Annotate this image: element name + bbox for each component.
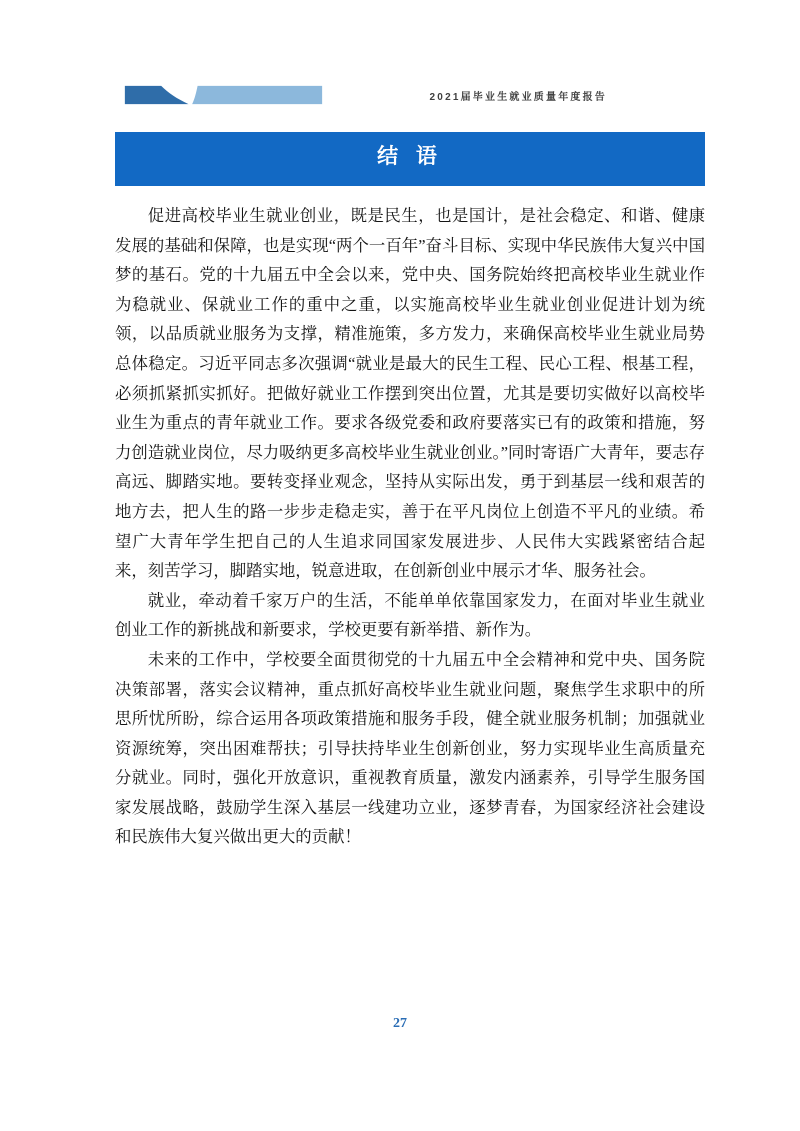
report-page: 2021届毕业生就业质量年度报告 结 语 促进高校毕业生就业创业，既是民生，也是… (0, 0, 800, 1131)
paragraph-2: 就业，牵动着千家万户的生活，不能单单依靠国家发力，在面对毕业生就业创业工作的新挑… (115, 586, 705, 645)
section-banner: 结 语 (115, 132, 705, 186)
paragraph-1: 促进高校毕业生就业创业，既是民生，也是国计，是社会稳定、和谐、健康发展的基础和保… (115, 201, 705, 586)
body-text: 促进高校毕业生就业创业，既是民生，也是国计，是社会稳定、和谐、健康发展的基础和保… (115, 201, 705, 852)
paragraph-3: 未来的工作中，学校要全面贯彻党的十九届五中全会精神和党中央、国务院决策部署，落实… (115, 645, 705, 852)
header-logo-icon (115, 85, 332, 105)
page-number: 27 (393, 1016, 407, 1031)
header-report-title: 2021届毕业生就业质量年度报告 (430, 88, 607, 103)
page-footer: 27 (0, 1014, 800, 1032)
section-title: 结 语 (115, 132, 705, 170)
